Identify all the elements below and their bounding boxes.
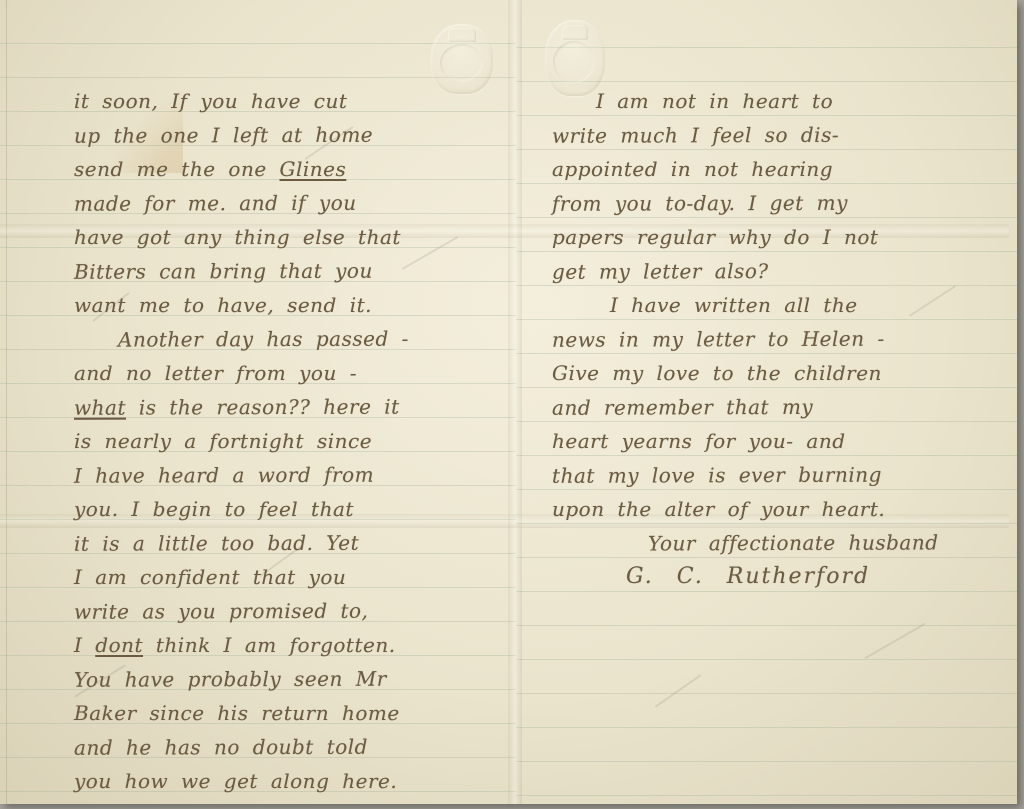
letter-line: that my love is ever burning xyxy=(552,457,1006,493)
underlined-word: Glines xyxy=(280,157,347,181)
underlined-word: what xyxy=(74,396,126,420)
letter-line: you. I begin to feel that xyxy=(74,492,506,526)
letter-line: send me the one Glines xyxy=(74,152,506,186)
letter-line: up the one I left at home xyxy=(74,117,506,153)
signature-line: G. C. Rutherford xyxy=(552,560,1006,594)
letter-line: I am confident that you xyxy=(74,560,506,594)
letter-sheet: it soon, If you have cut up the one I le… xyxy=(0,0,1017,804)
letter-line: is nearly a fortnight since xyxy=(74,424,506,458)
letter-line: Another day has passed - xyxy=(74,321,506,357)
letter-line: write as you promised to, xyxy=(74,593,506,629)
letter-scan: it soon, If you have cut up the one I le… xyxy=(0,0,1024,809)
letter-line: I have written all the xyxy=(552,288,1006,322)
center-fold-crease xyxy=(508,0,522,804)
right-page-text: I am not in heart to write much I feel s… xyxy=(552,84,1006,594)
closing-line: Your affectionate husband xyxy=(552,525,1006,561)
letter-line: Baker since his return home xyxy=(74,696,506,730)
letter-line: news in my letter to Helen - xyxy=(552,321,1006,357)
letter-line: heart yearns for you- and xyxy=(552,424,1006,458)
letter-line: and he has no doubt told xyxy=(74,729,506,765)
letter-line: appointed in not hearing xyxy=(552,152,1006,186)
letter-line: want me to have, send it. xyxy=(74,288,506,322)
letter-line: have got any thing else that xyxy=(74,220,506,254)
letter-line: papers regular why do I not xyxy=(552,220,1006,254)
letter-line: made for me. and if you xyxy=(74,185,506,221)
letter-line: you how we get along here. xyxy=(74,764,506,798)
letter-line: it soon, If you have cut xyxy=(74,84,506,118)
left-page-text: it soon, If you have cut up the one I le… xyxy=(74,84,506,798)
letter-line: You have probably seen Mr xyxy=(74,661,506,697)
letter-line: write much I feel so dis- xyxy=(552,117,1006,153)
letter-line: I have heard a word from xyxy=(74,457,506,493)
letter-line: Bitters can bring that you xyxy=(74,253,506,289)
underlined-word: dont xyxy=(95,633,143,657)
letter-line: and remember that my xyxy=(552,389,1006,425)
letter-line: upon the alter of your heart. xyxy=(552,492,1006,526)
letter-line: I am not in heart to xyxy=(552,84,1006,118)
letter-line: I dont think I am forgotten. xyxy=(74,628,506,662)
letter-line: and no letter from you - xyxy=(74,356,506,390)
letter-line: it is a little too bad. Yet xyxy=(74,525,506,561)
letter-line: what is the reason?? here it xyxy=(74,389,506,425)
letter-line: Give my love to the children xyxy=(552,356,1006,390)
letter-line: from you to-day. I get my xyxy=(552,185,1006,221)
letter-line: get my letter also? xyxy=(552,253,1006,289)
